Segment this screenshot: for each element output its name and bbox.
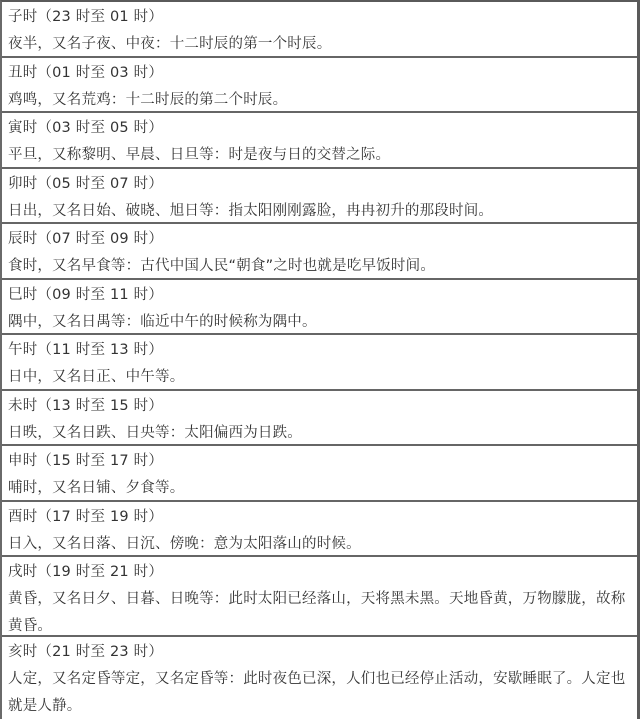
row-description: 日出，又名日始、破晓、旭日等：指太阳刚刚露脸，冉冉初升的那段时间。 xyxy=(8,198,637,225)
shichen-table: 子时（23 时至 01 时） 夜半，又名子夜、中夜：十二时辰的第一个时辰。 丑时… xyxy=(2,2,637,719)
row-title: 丑时（01 时至 03 时） xyxy=(8,60,637,87)
table-row: 丑时（01 时至 03 时） 鸡鸣，又名荒鸡：十二时辰的第二个时辰。 xyxy=(2,58,637,114)
table-row: 寅时（03 时至 05 时） 平旦，又称黎明、早晨、日旦等：时是夜与日的交替之际… xyxy=(2,113,637,169)
table-row: 酉时（17 时至 19 时） 日入，又名日落、日沉、傍晚：意为太阳落山的时候。 xyxy=(2,502,637,558)
row-description: 哺时，又名日铺、夕食等。 xyxy=(8,475,637,502)
row-title: 申时（15 时至 17 时） xyxy=(8,448,637,475)
row-title: 巳时（09 时至 11 时） xyxy=(8,282,637,309)
row-title: 亥时（21 时至 23 时） xyxy=(8,639,637,666)
row-description: 隅中，又名日禺等：临近中午的时候称为隅中。 xyxy=(8,309,637,336)
row-description: 人定，又名定昏等定，又名定昏等：此时夜色已深，人们也已经停止活动，安歇睡眠了。人… xyxy=(8,666,637,719)
table-row: 辰时（07 时至 09 时） 食时，又名早食等：古代中国人民“朝食”之时也就是吃… xyxy=(2,224,637,280)
table-row: 子时（23 时至 01 时） 夜半，又名子夜、中夜：十二时辰的第一个时辰。 xyxy=(2,2,637,58)
row-description: 平旦，又称黎明、早晨、日旦等：时是夜与日的交替之际。 xyxy=(8,142,637,169)
row-title: 午时（11 时至 13 时） xyxy=(8,337,637,364)
table-row: 卯时（05 时至 07 时） 日出，又名日始、破晓、旭日等：指太阳刚刚露脸，冉冉… xyxy=(2,169,637,225)
table-row: 午时（11 时至 13 时） 日中，又名日正、中午等。 xyxy=(2,335,637,391)
row-title: 寅时（03 时至 05 时） xyxy=(8,115,637,142)
row-title: 卯时（05 时至 07 时） xyxy=(8,171,637,198)
row-title: 戌时（19 时至 21 时） xyxy=(8,559,637,586)
row-description: 日入，又名日落、日沉、傍晚：意为太阳落山的时候。 xyxy=(8,531,637,558)
row-title: 酉时（17 时至 19 时） xyxy=(8,504,637,531)
row-title: 子时（23 时至 01 时） xyxy=(8,4,637,31)
table-row: 戌时（19 时至 21 时） 黄昏，又名日夕、日暮、日晚等：此时太阳已经落山，天… xyxy=(2,557,637,637)
table-row: 巳时（09 时至 11 时） 隅中，又名日禺等：临近中午的时候称为隅中。 xyxy=(2,280,637,336)
row-description: 食时，又名早食等：古代中国人民“朝食”之时也就是吃早饭时间。 xyxy=(8,253,637,280)
table-row: 未时（13 时至 15 时） 日昳，又名日跌、日央等：太阳偏西为日跌。 xyxy=(2,391,637,447)
row-description: 黄昏，又名日夕、日暮、日晚等：此时太阳已经落山，天将黑未黑。天地昏黄，万物朦胧，… xyxy=(8,586,637,640)
table-row: 申时（15 时至 17 时） 哺时，又名日铺、夕食等。 xyxy=(2,446,637,502)
row-description: 日昳，又名日跌、日央等：太阳偏西为日跌。 xyxy=(8,420,637,447)
row-description: 夜半，又名子夜、中夜：十二时辰的第一个时辰。 xyxy=(8,31,637,58)
row-description: 日中，又名日正、中午等。 xyxy=(8,364,637,391)
row-title: 辰时（07 时至 09 时） xyxy=(8,226,637,253)
table-row: 亥时（21 时至 23 时） 人定，又名定昏等定，又名定昏等：此时夜色已深，人们… xyxy=(2,637,637,719)
row-description: 鸡鸣，又名荒鸡：十二时辰的第二个时辰。 xyxy=(8,87,637,114)
row-title: 未时（13 时至 15 时） xyxy=(8,393,637,420)
